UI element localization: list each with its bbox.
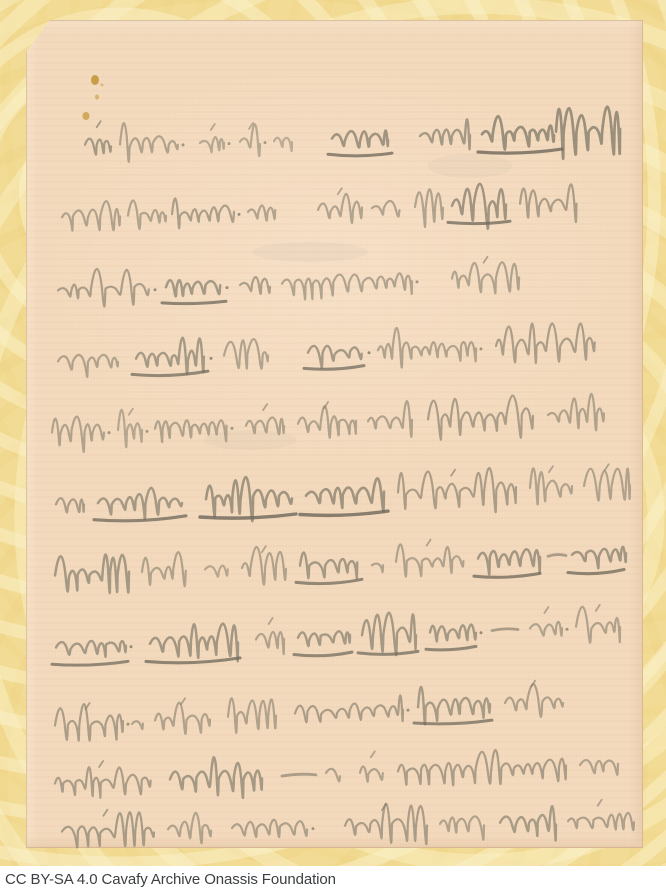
manuscript-paper xyxy=(26,20,643,848)
manuscript-scan: CC BY-SA 4.0 Cavafy Archive Onassis Foun… xyxy=(0,0,666,893)
attribution-bar: CC BY-SA 4.0 Cavafy Archive Onassis Foun… xyxy=(0,866,666,893)
license-attribution-text: CC BY-SA 4.0 Cavafy Archive Onassis Foun… xyxy=(5,871,336,888)
